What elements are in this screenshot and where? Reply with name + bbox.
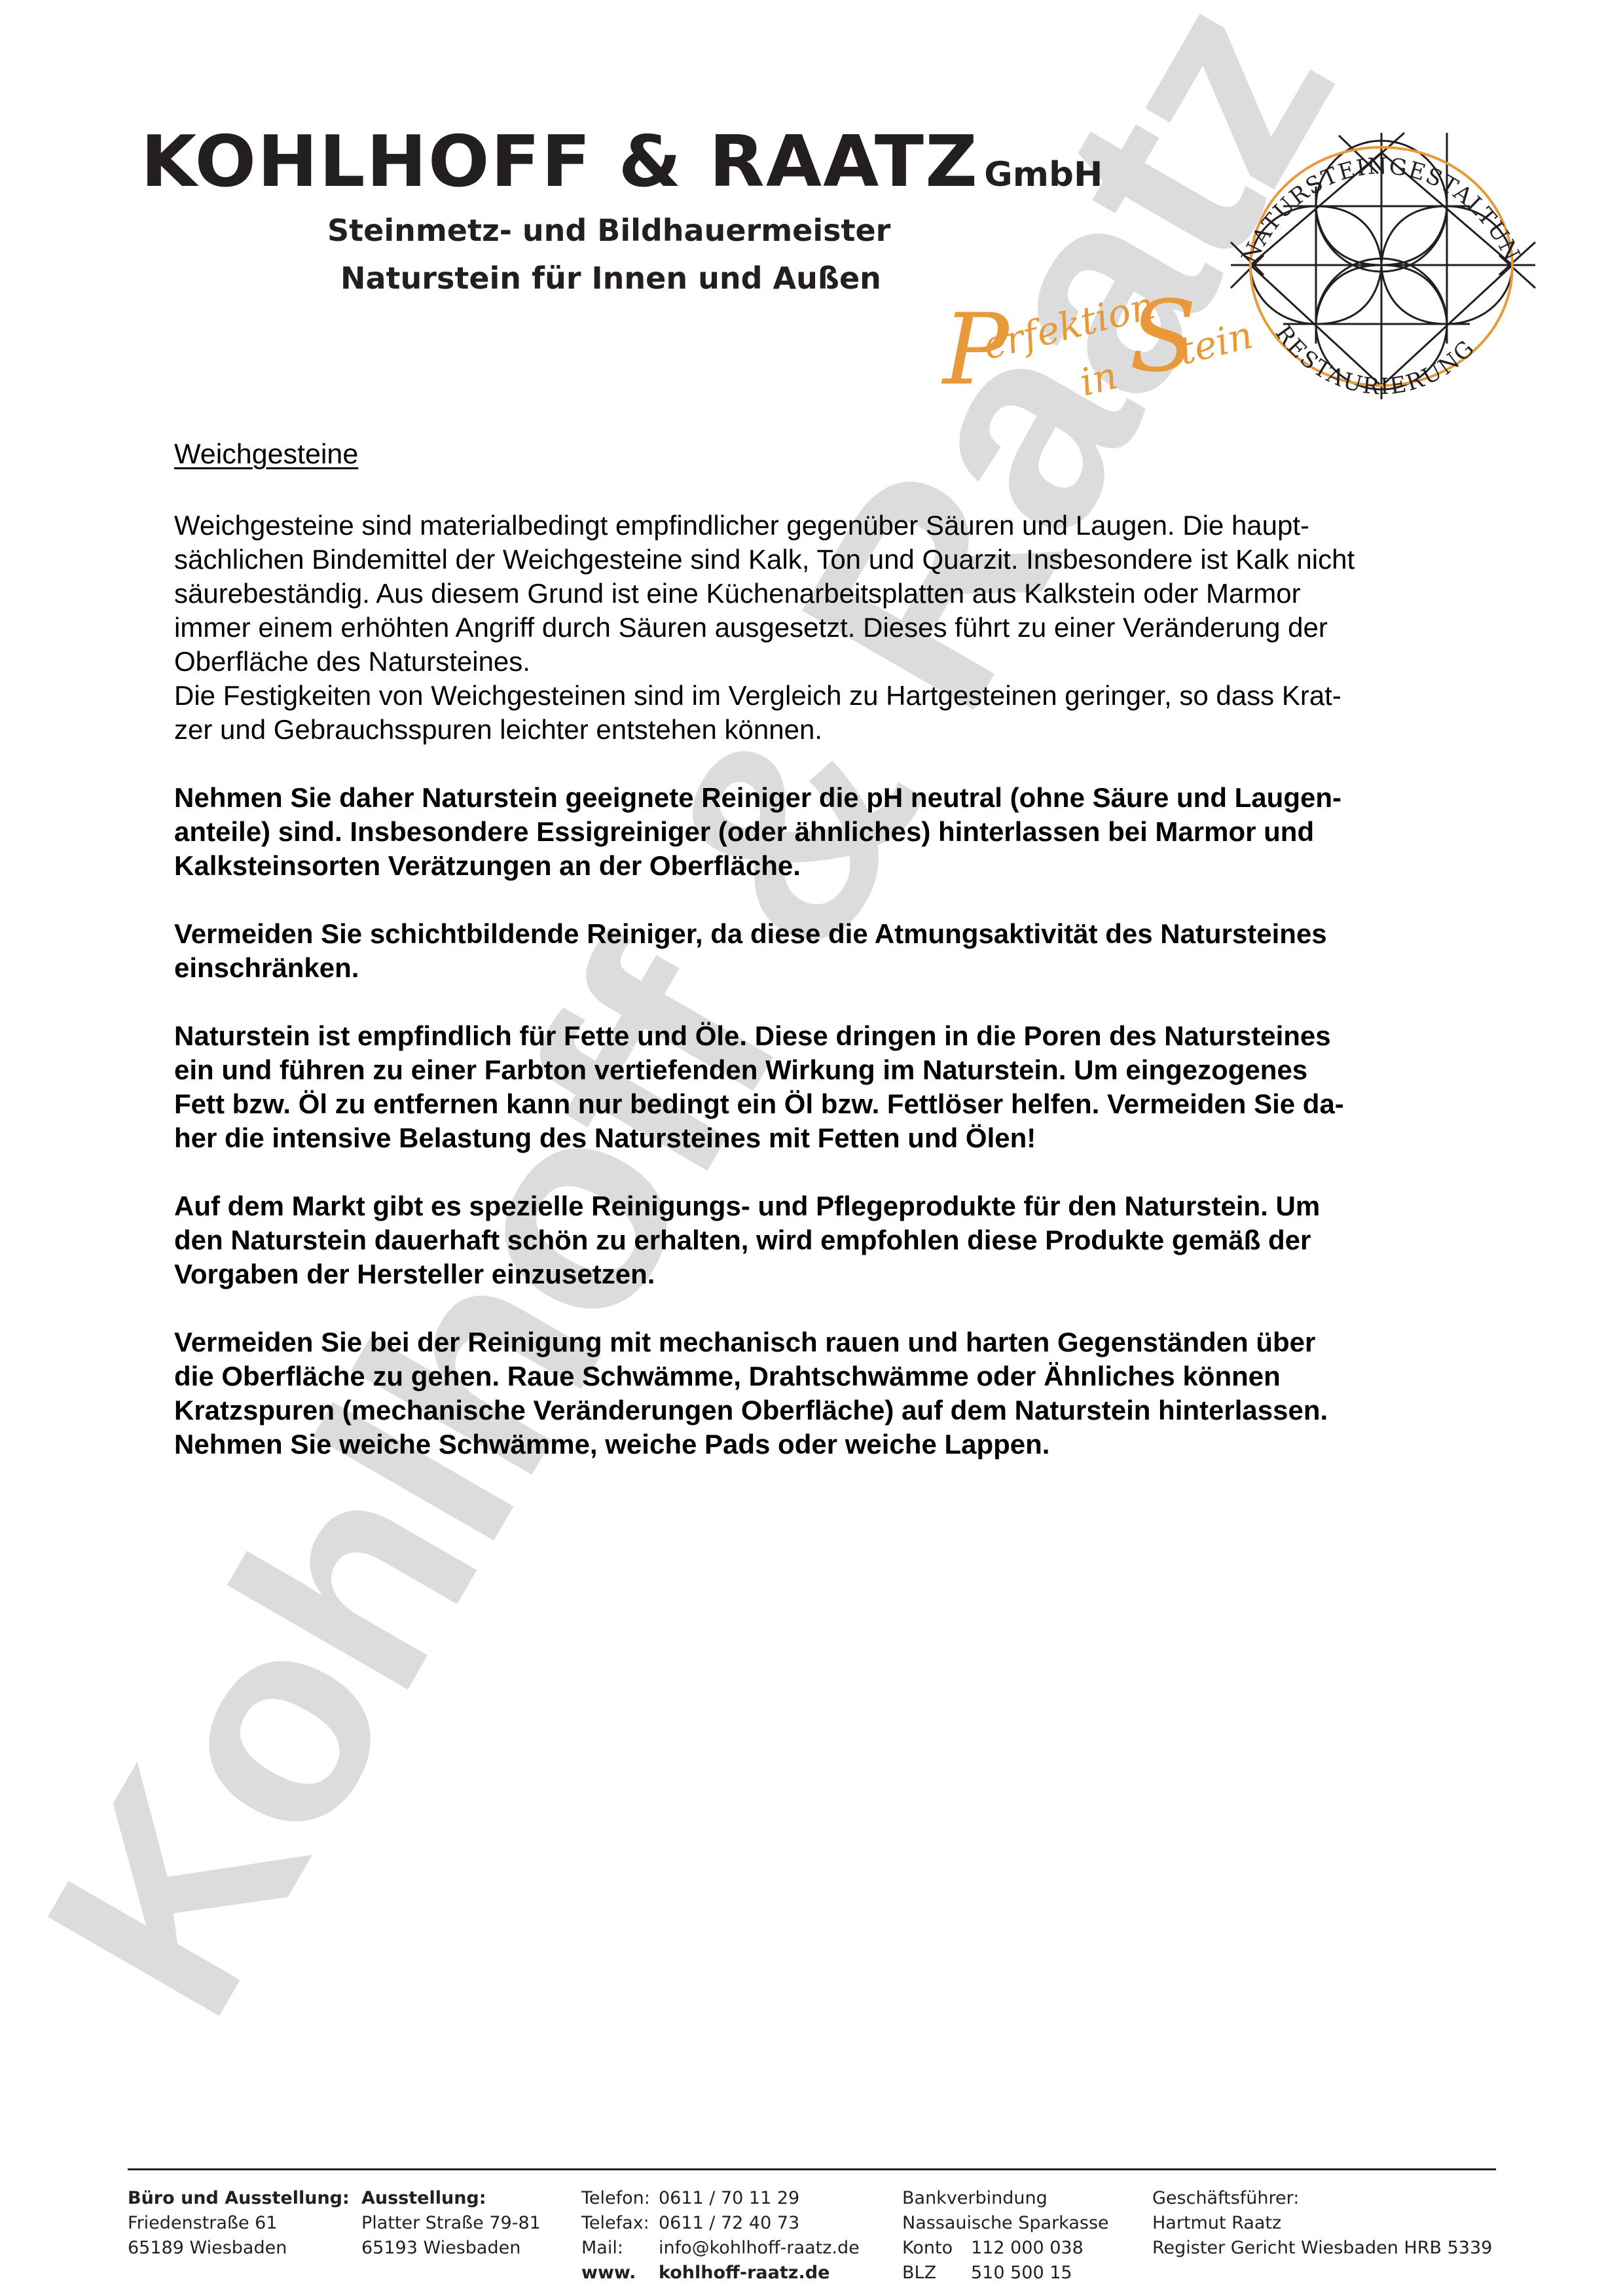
paragraph: Nehmen Sie daher Naturstein geeignete Re… (174, 781, 1464, 883)
footer-office-city: 65189 Wiesbaden (128, 2236, 350, 2261)
fax-number: 0611 / 72 40 73 (659, 2211, 799, 2236)
paragraph-line: anteile) sind. Insbesondere Essigreinige… (174, 815, 1464, 849)
paragraph-line: säurebeständig. Aus diesem Grund ist ein… (174, 577, 1464, 611)
management-name: Hartmut Raatz (1152, 2211, 1492, 2236)
paragraph-line: immer einem erhöhten Angriff durch Säure… (174, 611, 1464, 645)
paragraph-line: Die Festigkeiten von Weichgesteinen sind… (174, 679, 1464, 713)
tagline-in: in (1076, 356, 1121, 402)
paragraph-line: Kalksteinsorten Verätzungen an der Oberf… (174, 849, 1464, 883)
footer-office-street: Friedenstraße 61 (128, 2211, 350, 2236)
company-subtitle-2: Naturstein für Innen und Außen (340, 260, 881, 296)
paragraph-line: Nehmen Sie daher Naturstein geeignete Re… (174, 781, 1464, 815)
paragraph-line: sächlichen Bindemittel der Weichgesteine… (174, 543, 1464, 577)
register-info: Register Gericht Wiesbaden HRB 5339 (1152, 2236, 1492, 2261)
paragraph-line: her die intensive Belastung des Naturste… (174, 1121, 1464, 1155)
document-body: Weichgesteine Weichgesteine sind materia… (174, 439, 1464, 1496)
company-legal-form: GmbH (984, 155, 1103, 194)
mail-address-link[interactable]: info@kohlhoff-raatz.de (659, 2236, 860, 2261)
footer-divider (128, 2168, 1496, 2170)
paragraph: Weichgesteine sind materialbedingt empfi… (174, 509, 1464, 747)
paragraph-line: Oberfläche des Natursteines. (174, 645, 1464, 679)
paragraph-line: einschränken. (174, 951, 1464, 985)
paragraph-line: Kratzspuren (mechanische Veränderungen O… (174, 1393, 1464, 1427)
footer-office-title: Büro und Ausstellung: (128, 2186, 350, 2211)
emblem-text-restaurierung: RESTAURIERUNG (1270, 321, 1481, 401)
footer-showroom-title: Ausstellung: (361, 2186, 541, 2211)
paragraph-line: Nehmen Sie weiche Schwämme, weiche Pads … (174, 1427, 1464, 1462)
website-link[interactable]: kohlhoff-raatz.de (659, 2261, 830, 2286)
footer-management: Geschäftsführer: Hartmut Raatz Register … (1152, 2186, 1492, 2261)
paragraph-line: Vorgaben der Hersteller einzusetzen. (174, 1257, 1464, 1291)
account-label: Konto (902, 2236, 971, 2261)
paragraph-line: den Naturstein dauerhaft schön zu erhalt… (174, 1223, 1464, 1257)
paragraph: Naturstein ist empfindlich für Fette und… (174, 1019, 1464, 1155)
footer-showroom: Ausstellung: Platter Straße 79-81 65193 … (361, 2186, 541, 2261)
fax-label: Telefax: (581, 2211, 659, 2236)
paragraph-line: Vermeiden Sie schichtbildende Reiniger, … (174, 917, 1464, 951)
paragraph: Vermeiden Sie bei der Reinigung mit mech… (174, 1325, 1464, 1462)
footer-showroom-street: Platter Straße 79-81 (361, 2211, 541, 2236)
blz-number: 510 500 15 (971, 2261, 1072, 2286)
company-name: KOHLHOFF & RAATZGmbH (141, 121, 1103, 203)
paragraph-line: ein und führen zu einer Farbton vertiefe… (174, 1053, 1464, 1087)
management-title: Geschäftsführer: (1152, 2186, 1492, 2211)
footer-office: Büro und Ausstellung: Friedenstraße 61 6… (128, 2186, 350, 2261)
phone-label: Telefon: (581, 2186, 659, 2211)
paragraph-line: Vermeiden Sie bei der Reinigung mit mech… (174, 1325, 1464, 1359)
naturstein-emblem-logo: NATURSTEIN GESTALTUNG RESTAURIERUNG (1218, 95, 1545, 442)
paragraph-line: Naturstein ist empfindlich für Fette und… (174, 1019, 1464, 1053)
paragraph-line: Weichgesteine sind materialbedingt empfi… (174, 509, 1464, 543)
paragraph-list: Weichgesteine sind materialbedingt empfi… (174, 509, 1464, 1462)
blz-label: BLZ (902, 2261, 971, 2286)
mail-label: Mail: (581, 2236, 659, 2261)
paragraph-line: die Oberfläche zu gehen. Raue Schwämme, … (174, 1359, 1464, 1393)
footer-bank: Bankverbindung Nassauische Sparkasse Kon… (902, 2186, 1109, 2286)
paragraph-line: Fett bzw. Öl zu entfernen kann nur bedin… (174, 1087, 1464, 1121)
paragraph-line: zer und Gebrauchsspuren leichter entsteh… (174, 713, 1464, 747)
footer-showroom-city: 65193 Wiesbaden (361, 2236, 541, 2261)
paragraph-line: Auf dem Markt gibt es spezielle Reinigun… (174, 1189, 1464, 1223)
bank-title: Bankverbindung (902, 2186, 1109, 2211)
footer-contact: Telefon:0611 / 70 11 29 Telefax:0611 / 7… (581, 2186, 860, 2286)
tagline-perfektion-in-stein: P erfektion in S tein (943, 288, 1257, 399)
document-heading: Weichgesteine (174, 439, 1464, 471)
paragraph: Auf dem Markt gibt es spezielle Reinigun… (174, 1189, 1464, 1291)
web-label: www. (581, 2261, 659, 2286)
company-name-text: KOHLHOFF & RAATZ (141, 121, 979, 203)
phone-number: 0611 / 70 11 29 (659, 2186, 799, 2211)
bank-name: Nassauische Sparkasse (902, 2211, 1109, 2236)
paragraph: Vermeiden Sie schichtbildende Reiniger, … (174, 917, 1464, 985)
svg-text:RESTAURIERUNG: RESTAURIERUNG (1270, 321, 1481, 401)
account-number: 112 000 038 (971, 2236, 1084, 2261)
company-subtitle-1: Steinmetz- und Bildhauermeister (327, 213, 890, 248)
